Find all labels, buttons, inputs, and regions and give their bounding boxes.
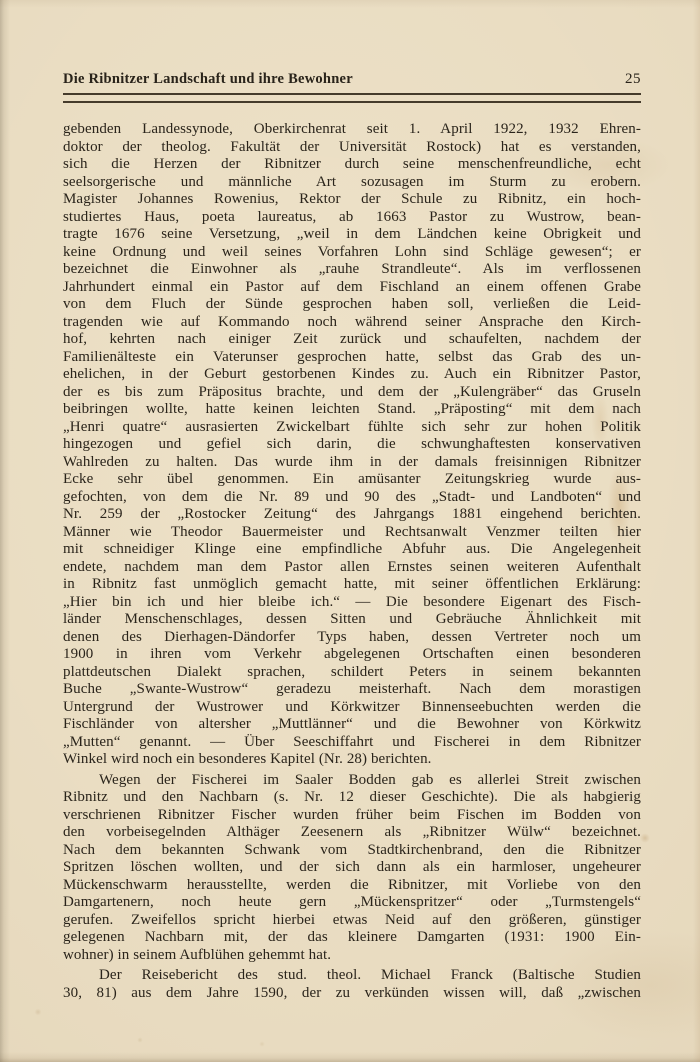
running-header: Die Ribnitzer Landschaft und ihre Bewohn…	[63, 71, 641, 88]
text-line: Wegen der Fischerei im Saaler Bodden gab…	[63, 772, 641, 790]
text-line: studiertes Haus, poeta laureatus, ab 166…	[63, 209, 641, 227]
text-line: Der Reisebericht des stud. theol. Michae…	[63, 967, 641, 985]
text-line: der es bis zum Präpositus brachte, und d…	[63, 384, 641, 402]
text-line: den vorbeisegelnden Althäger Zeesenern a…	[63, 824, 641, 842]
text-line: von dem Fluch der Sünde gesprochen haben…	[63, 296, 641, 314]
text-line: doktor der theolog. Fakultät der Univers…	[63, 139, 641, 157]
text-line: Ecke sehr übel genommen. Ein amüsanter Z…	[63, 471, 641, 489]
running-header-title: Die Ribnitzer Landschaft und ihre Bewohn…	[63, 71, 353, 88]
text-line: Damgartenern, noch heute gern „Mückenspr…	[63, 894, 641, 912]
text-line: 1900 in ihren vom Verkehr abgelegenen Or…	[63, 646, 641, 664]
header-double-rule	[63, 93, 641, 103]
text-line: gebenden Landessynode, Oberkirchenrat se…	[63, 121, 641, 139]
text-line: Spritzen löschen wollten, und der sich d…	[63, 859, 641, 877]
text-line: „Mutten“ genannt. — Über Seeschiffahrt u…	[63, 734, 641, 752]
text-line: beibringen wollte, hatte keinen leichten…	[63, 401, 641, 419]
text-line: Buche „Swante-Wustrow“ geradezu meisterh…	[63, 681, 641, 699]
text-line: Magister Johannes Rowenius, Rektor der S…	[63, 191, 641, 209]
text-line: Fischländer von altersher „Muttlänner“ u…	[63, 716, 641, 734]
text-line: Wahlreden zu halten. Das wurde ihm in de…	[63, 454, 641, 472]
text-line: Untergrund der Wustrower und Körkwitzer …	[63, 699, 641, 717]
text-line: Nach dem bekannten Schwank vom Stadtkirc…	[63, 842, 641, 860]
text-line: endete, nachdem man dem Pastor allen Ern…	[63, 559, 641, 577]
page-number: 25	[625, 71, 641, 88]
text-line: Jahrhundert einmal ein Pastor auf dem Fi…	[63, 279, 641, 297]
scanned-book-page: Die Ribnitzer Landschaft und ihre Bewohn…	[0, 0, 700, 1062]
text-line: wohner) in seinem Aufblühen gehemmt hat.	[63, 947, 641, 965]
paragraph: Der Reisebericht des stud. theol. Michae…	[63, 967, 641, 1002]
text-line: gelegenen Nachbarn mit, der das kleinere…	[63, 929, 641, 947]
text-line: Familienälteste ein Vaterunser gesproche…	[63, 349, 641, 367]
text-line: Ribnitz und den Nachbarn (s. Nr. 12 dies…	[63, 789, 641, 807]
text-block: gebenden Landessynode, Oberkirchenrat se…	[63, 121, 641, 1002]
text-line: mit schneidiger Klinge eine empfindliche…	[63, 541, 641, 559]
text-line: gerufen. Zweifellos spricht hierbei etwa…	[63, 912, 641, 930]
text-line: länder Menschenschlages, dessen Sitten u…	[63, 611, 641, 629]
text-line: keine Ordnung und weil seines Vorfahren …	[63, 244, 641, 262]
text-line: plattdeutschen Dialekt sprachen, schilde…	[63, 664, 641, 682]
page-content: Die Ribnitzer Landschaft und ihre Bewohn…	[63, 71, 641, 1002]
text-line: gefochten, von dem die Nr. 89 und 90 des…	[63, 489, 641, 507]
text-line: bezeichnet die Einwohner als „rauhe Stra…	[63, 261, 641, 279]
text-line: hingezogen und gefiel sich darin, die sc…	[63, 436, 641, 454]
text-line: Nr. 259 der „Rostocker Zeitung“ des Jahr…	[63, 506, 641, 524]
text-line: ehelichen, in der Geburt gestorbenen Kin…	[63, 366, 641, 384]
paragraph: Wegen der Fischerei im Saaler Bodden gab…	[63, 772, 641, 965]
text-line: denen des Dierhagen-Dändorfer Typs haben…	[63, 629, 641, 647]
text-line: 30, 81) aus dem Jahre 1590, der zu verkü…	[63, 985, 641, 1003]
text-line: tragenden wie auf Kommando noch während …	[63, 314, 641, 332]
text-line: verschrienen Ribnitzer Fischer wurden fr…	[63, 807, 641, 825]
text-line: „Henri quatre“ ausrasierten Zwickelbart …	[63, 419, 641, 437]
text-line: Mückenschwarm herausstellte, werden die …	[63, 877, 641, 895]
text-line: „Hier bin ich und hier bleibe ich.“ — Di…	[63, 594, 641, 612]
text-line: seelsorgerische und männliche Art sozusa…	[63, 174, 641, 192]
text-line: sich die Herzen der Ribnitzer durch sein…	[63, 156, 641, 174]
paragraph: gebenden Landessynode, Oberkirchenrat se…	[63, 121, 641, 769]
text-line: in Ribnitz fast unmöglich gemacht hatte,…	[63, 576, 641, 594]
text-line: hof, kehrten nach einiger Zeit zurück un…	[63, 331, 641, 349]
text-line: tragte 1676 seine Versetzung, „weil in d…	[63, 226, 641, 244]
text-line: Winkel wird noch ein besonderes Kapitel …	[63, 751, 641, 769]
text-line: Männer wie Theodor Bauermeister und Rech…	[63, 524, 641, 542]
